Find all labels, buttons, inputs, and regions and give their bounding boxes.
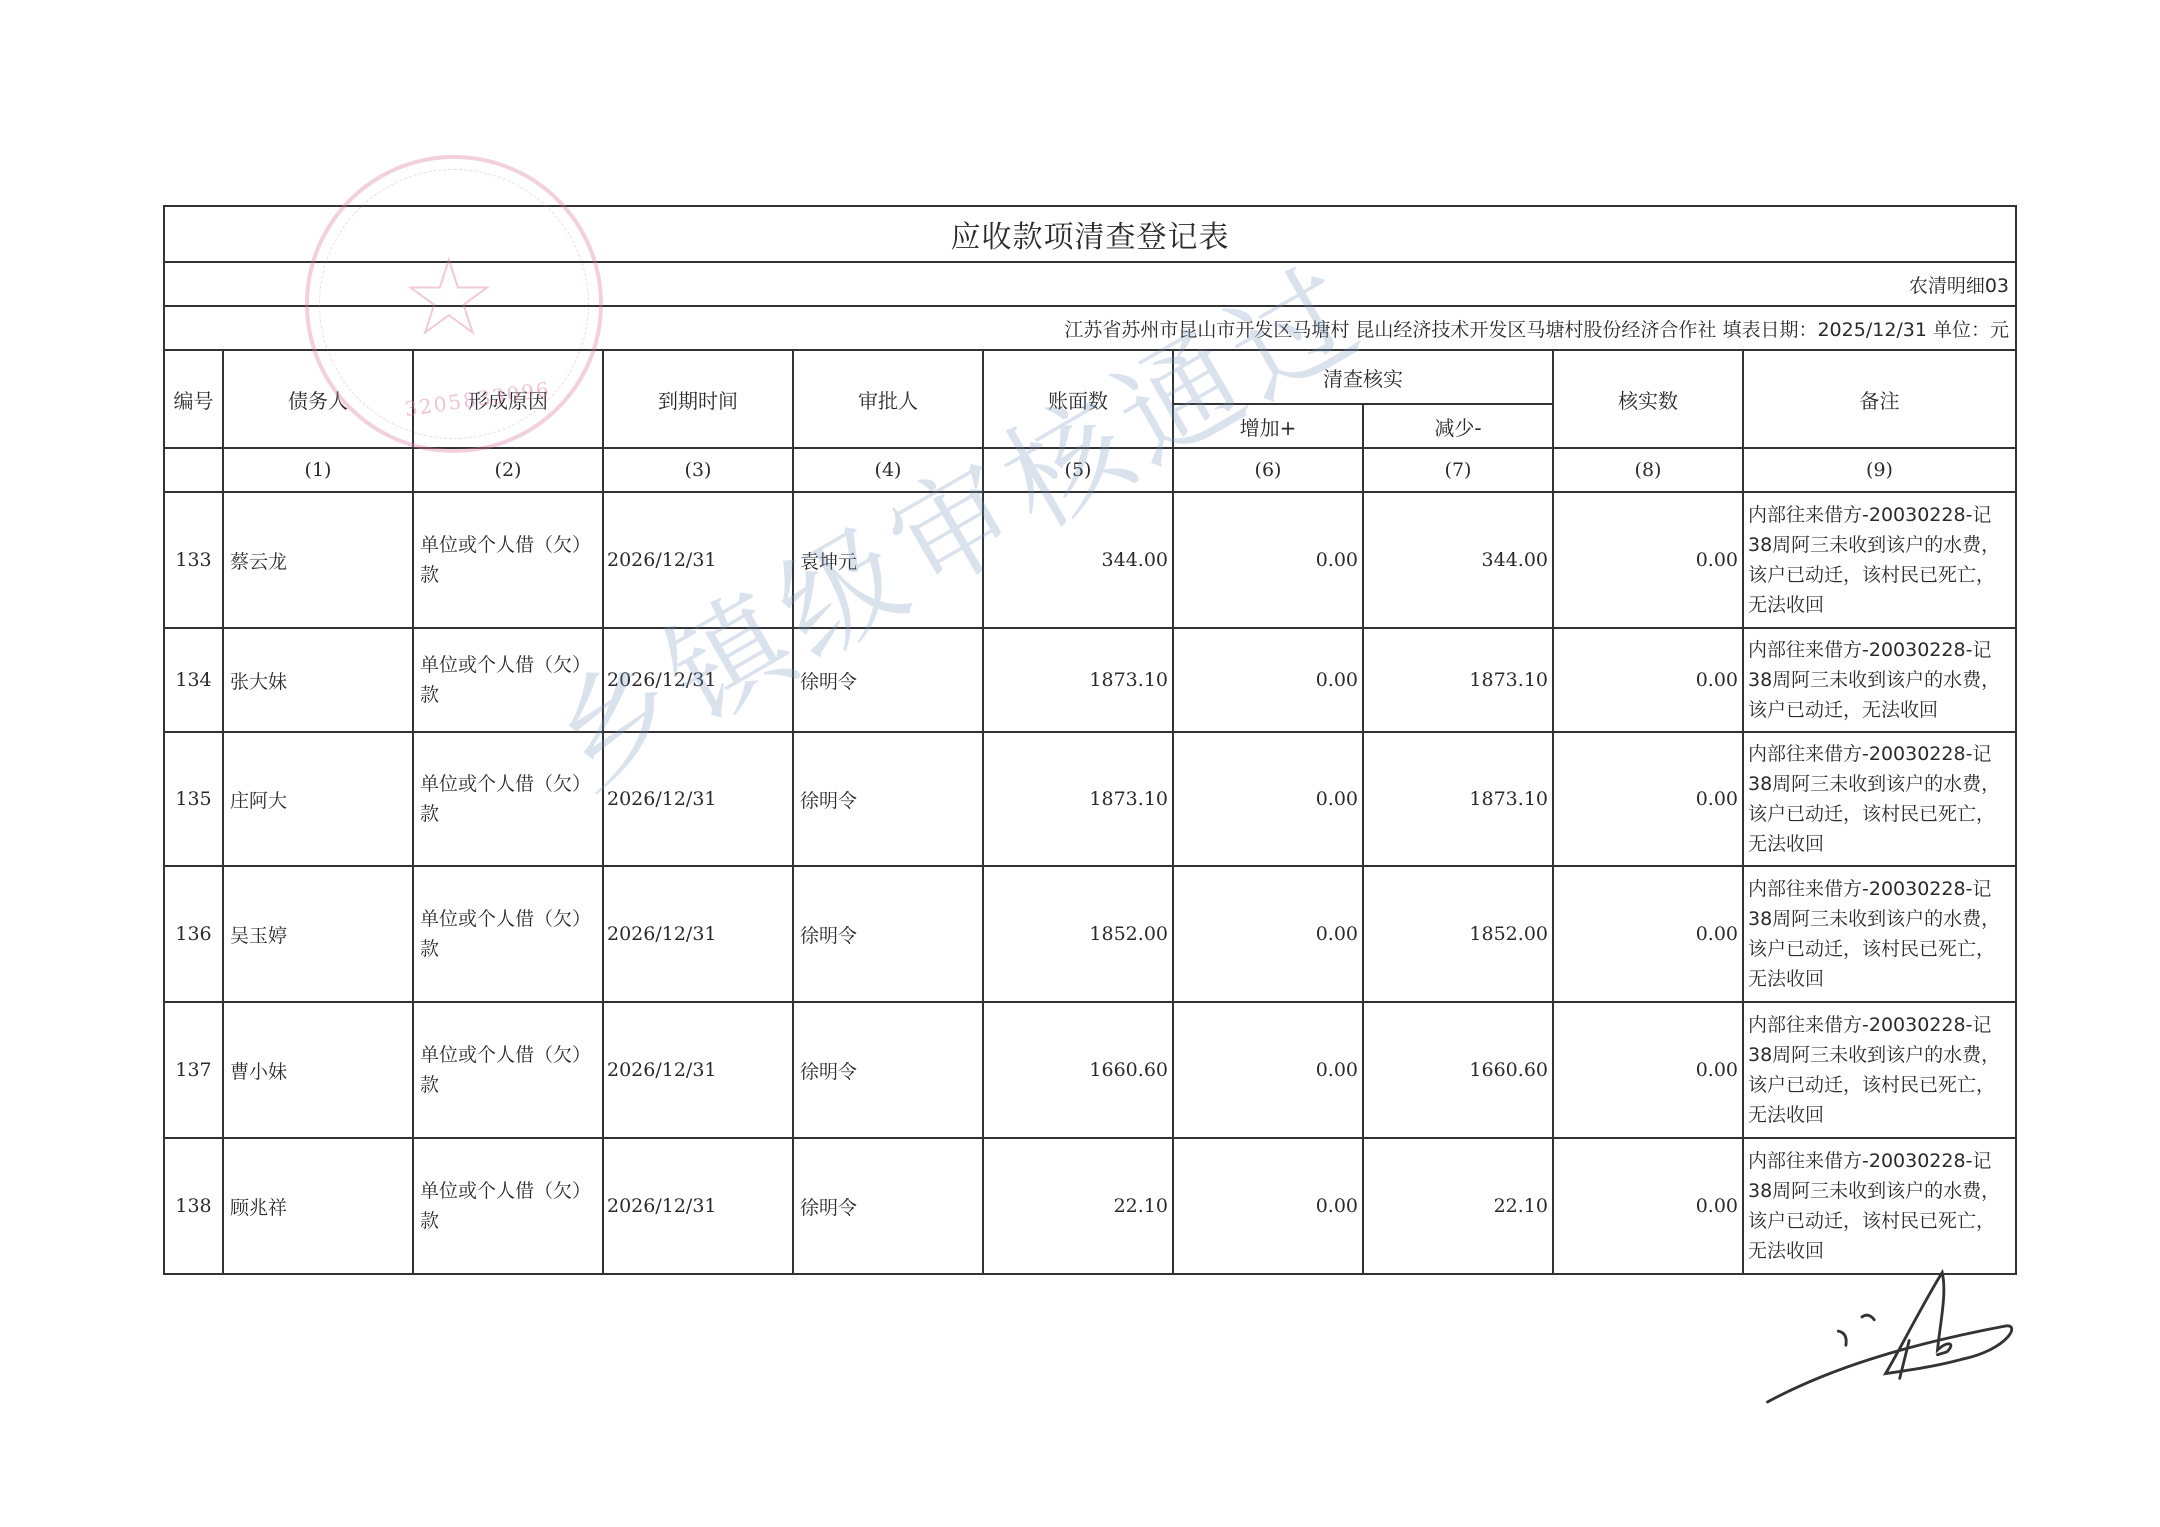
cell-book-value: 344.00 <box>983 492 1173 628</box>
table-row: 137 曹小妹 单位或个人借（欠）款 2026/12/31 徐明令 1660.6… <box>164 1002 2016 1138</box>
cell-decrease: 1873.10 <box>1363 628 1553 732</box>
col-index-blank <box>164 448 223 492</box>
cell-reason: 单位或个人借（欠）款 <box>413 732 603 866</box>
cell-book-value: 1873.10 <box>983 732 1173 866</box>
cell-approver: 袁坤元 <box>793 492 983 628</box>
form-code: 农清明细03 <box>164 262 2016 306</box>
cell-debtor: 顾兆祥 <box>223 1138 413 1274</box>
col-index: (5) <box>983 448 1173 492</box>
cell-due-date: 2026/12/31 <box>603 628 793 732</box>
cell-increase: 0.00 <box>1173 732 1363 866</box>
cell-increase: 0.00 <box>1173 866 1363 1002</box>
cell-reason: 单位或个人借（欠）款 <box>413 492 603 628</box>
col-header-due-date: 到期时间 <box>603 350 793 448</box>
cell-remark: 内部往来借方-20030228-记38周阿三未收到该户的水费，该户已动迁，该村民… <box>1743 866 2016 1002</box>
cell-remark: 内部往来借方-20030228-记38周阿三未收到该户的水费，该户已动迁，该村民… <box>1743 1138 2016 1274</box>
cell-approver: 徐明令 <box>793 1002 983 1138</box>
header-row: 编号 债务人 形成原因 到期时间 审批人 账面数 清查核实 核实数 备注 <box>164 350 2016 404</box>
cell-reason: 单位或个人借（欠）款 <box>413 866 603 1002</box>
receivables-register-sheet: 应收款项清查登记表 农清明细03 江苏省苏州市昆山市开发区马塘村 昆山经济技术开… <box>163 205 2015 1275</box>
cell-id: 134 <box>164 628 223 732</box>
cell-book-value: 1852.00 <box>983 866 1173 1002</box>
cell-debtor: 曹小妹 <box>223 1002 413 1138</box>
table-row: 135 庄阿大 单位或个人借（欠）款 2026/12/31 徐明令 1873.1… <box>164 732 2016 866</box>
col-header-verified: 核实数 <box>1553 350 1743 448</box>
cell-decrease: 22.10 <box>1363 1138 1553 1274</box>
cell-remark: 内部往来借方-20030228-记38周阿三未收到该户的水费，该户已动迁，无法收… <box>1743 628 2016 732</box>
info-line: 江苏省苏州市昆山市开发区马塘村 昆山经济技术开发区马塘村股份经济合作社 填表日期… <box>164 306 2016 350</box>
table-row: 136 吴玉婷 单位或个人借（欠）款 2026/12/31 徐明令 1852.0… <box>164 866 2016 1002</box>
cell-verified: 0.00 <box>1553 866 1743 1002</box>
cell-id: 133 <box>164 492 223 628</box>
cell-debtor: 蔡云龙 <box>223 492 413 628</box>
cell-increase: 0.00 <box>1173 1138 1363 1274</box>
col-header-book-value: 账面数 <box>983 350 1173 448</box>
cell-verified: 0.00 <box>1553 628 1743 732</box>
col-header-decrease: 减少- <box>1363 404 1553 448</box>
col-header-id: 编号 <box>164 350 223 448</box>
col-header-debtor: 债务人 <box>223 350 413 448</box>
cell-debtor: 庄阿大 <box>223 732 413 866</box>
table-row: 134 张大妹 单位或个人借（欠）款 2026/12/31 徐明令 1873.1… <box>164 628 2016 732</box>
cell-increase: 0.00 <box>1173 1002 1363 1138</box>
col-header-reason: 形成原因 <box>413 350 603 448</box>
cell-due-date: 2026/12/31 <box>603 492 793 628</box>
cell-remark: 内部往来借方-20030228-记38周阿三未收到该户的水费，该户已动迁，该村民… <box>1743 1002 2016 1138</box>
cell-approver: 徐明令 <box>793 732 983 866</box>
cell-verified: 0.00 <box>1553 492 1743 628</box>
col-index: (7) <box>1363 448 1553 492</box>
cell-verified: 0.00 <box>1553 1138 1743 1274</box>
cell-decrease: 1852.00 <box>1363 866 1553 1002</box>
cell-increase: 0.00 <box>1173 492 1363 628</box>
cell-book-value: 1873.10 <box>983 628 1173 732</box>
cell-id: 136 <box>164 866 223 1002</box>
cell-book-value: 22.10 <box>983 1138 1173 1274</box>
cell-debtor: 张大妹 <box>223 628 413 732</box>
cell-due-date: 2026/12/31 <box>603 732 793 866</box>
cell-decrease: 1660.60 <box>1363 1002 1553 1138</box>
cell-reason: 单位或个人借（欠）款 <box>413 628 603 732</box>
cell-reason: 单位或个人借（欠）款 <box>413 1002 603 1138</box>
cell-approver: 徐明令 <box>793 628 983 732</box>
receivables-register-table: 应收款项清查登记表 农清明细03 江苏省苏州市昆山市开发区马塘村 昆山经济技术开… <box>163 205 2017 1275</box>
cell-debtor: 吴玉婷 <box>223 866 413 1002</box>
cell-id: 137 <box>164 1002 223 1138</box>
col-index: (6) <box>1173 448 1363 492</box>
col-index: (4) <box>793 448 983 492</box>
cell-remark: 内部往来借方-20030228-记38周阿三未收到该户的水费，该户已动迁，该村民… <box>1743 492 2016 628</box>
document-title: 应收款项清查登记表 <box>164 206 2016 262</box>
cell-id: 135 <box>164 732 223 866</box>
cell-approver: 徐明令 <box>793 1138 983 1274</box>
col-index: (1) <box>223 448 413 492</box>
cell-due-date: 2026/12/31 <box>603 866 793 1002</box>
table-row: 138 顾兆祥 单位或个人借（欠）款 2026/12/31 徐明令 22.10 … <box>164 1138 2016 1274</box>
col-header-increase: 增加+ <box>1173 404 1363 448</box>
column-index-row: (1) (2) (3) (4) (5) (6) (7) (8) (9) <box>164 448 2016 492</box>
col-header-remark: 备注 <box>1743 350 2016 448</box>
cell-reason: 单位或个人借（欠）款 <box>413 1138 603 1274</box>
table-row: 133 蔡云龙 单位或个人借（欠）款 2026/12/31 袁坤元 344.00… <box>164 492 2016 628</box>
cell-id: 138 <box>164 1138 223 1274</box>
cell-decrease: 344.00 <box>1363 492 1553 628</box>
cell-book-value: 1660.60 <box>983 1002 1173 1138</box>
cell-verified: 0.00 <box>1553 732 1743 866</box>
cell-verified: 0.00 <box>1553 1002 1743 1138</box>
cell-decrease: 1873.10 <box>1363 732 1553 866</box>
cell-remark: 内部往来借方-20030228-记38周阿三未收到该户的水费，该户已动迁，该村民… <box>1743 732 2016 866</box>
col-header-approver: 审批人 <box>793 350 983 448</box>
col-header-verify-group: 清查核实 <box>1173 350 1553 404</box>
col-index: (8) <box>1553 448 1743 492</box>
col-index: (9) <box>1743 448 2016 492</box>
col-index: (3) <box>603 448 793 492</box>
handwritten-signature-icon <box>1750 1265 2040 1435</box>
cell-increase: 0.00 <box>1173 628 1363 732</box>
col-index: (2) <box>413 448 603 492</box>
cell-due-date: 2026/12/31 <box>603 1138 793 1274</box>
cell-approver: 徐明令 <box>793 866 983 1002</box>
cell-due-date: 2026/12/31 <box>603 1002 793 1138</box>
